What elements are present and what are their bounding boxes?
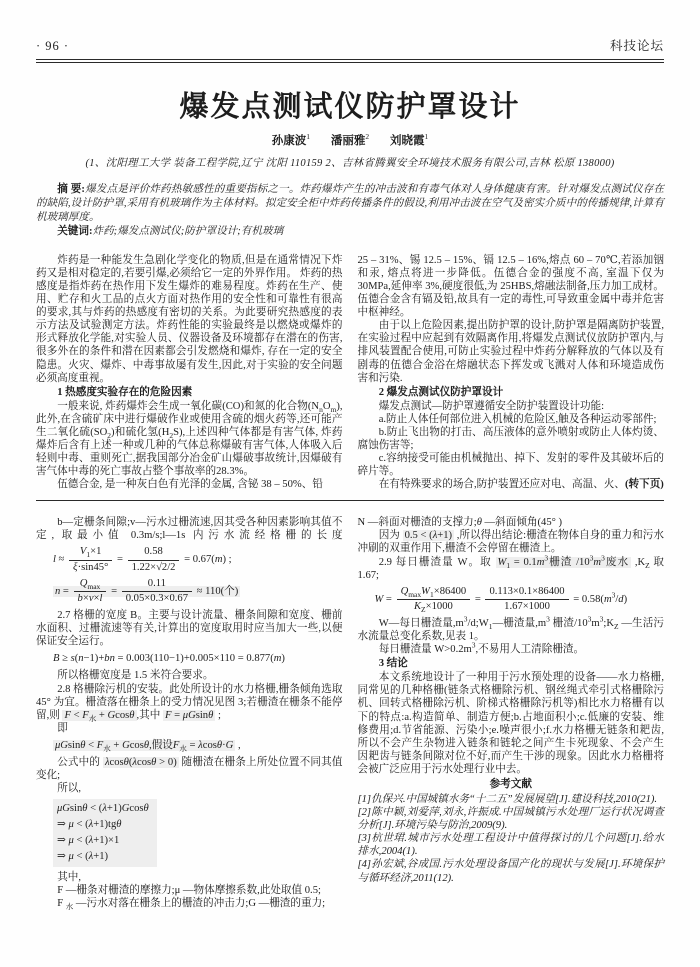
paragraph: 伍德合金, 是一种灰白色有光泽的金属, 含铋 38 – 50%、铅 <box>36 478 343 491</box>
page-number: · 96 · <box>36 39 69 54</box>
list-item: b.防止飞出物的打击、高压液体的意外喷射或防止人体灼烫、腐蚀伤害等; <box>358 426 665 452</box>
forum-label: 科技论坛 <box>610 36 664 54</box>
author-affil-mark: 1 <box>425 132 429 141</box>
formula: μGsinθ < F水 + Gcosθ,假设F水 = λcosθ·G , <box>53 739 343 752</box>
affiliation: (1、沈阳理工大学 装备工程学院,辽宁 沈阳 110159 2、吉林省腾翼安全环… <box>36 155 664 170</box>
references-heading: 参考文献 <box>358 778 665 791</box>
paragraph: F —栅条对栅渣的摩擦力;μ —物体摩擦系数,此处取值 0.5; <box>36 884 343 897</box>
formula-chain: μGsinθ < (λ+1)Gcosθ⇒ μ < (λ+1)tgθ⇒ μ < (… <box>53 799 343 867</box>
author-affil-mark: 1 <box>306 132 310 141</box>
author-name: 孙康波 <box>272 135 307 147</box>
paragraph: 炸药是一种能发生急剧化学变化的物质,但是在通常情况下炸药又是相对稳定的,若要引爆… <box>36 254 343 385</box>
paragraph: 由于以上危险因素,提出防护罩的设计,防护罩是隔离防护装置,在实验过程中应起到有效… <box>358 319 665 384</box>
reference-item: [3]杭世珺.城市污水处理工程设计中值得探讨的几个问题[J].给水排水,2004… <box>358 832 665 858</box>
list-item: c.容纳接受可能由机械抛出、掉下、发射的零件及其破坏后的碎片等。 <box>358 452 665 478</box>
abstract: 摘 要:爆发点是评价炸药热敏感性的重要指标之一。炸药爆炸产生的冲击波和有毒气体对… <box>36 183 664 225</box>
author-name: 潘丽雅 <box>331 135 366 147</box>
author: 刘晓霞1 <box>390 135 428 147</box>
paragraph: 所以格栅宽度是 1.5 米符合要求。 <box>36 669 343 682</box>
paragraph: 本文系统地设计了一种用于污水预处理的设备——水力格栅,同常见的几种格栅(链条式格… <box>358 671 665 776</box>
keywords: 关键词:炸药;爆发点测试仪;防护罩设计;有机玻璃 <box>36 225 664 239</box>
paragraph: 每日栅渣量 W>0.2m3,不易用人工清除栅渣。 <box>358 643 665 656</box>
paragraph: 爆发点测试—防护罩遵循安全防护装置设计功能: <box>358 400 665 413</box>
page-header: · 96 · 科技论坛 <box>36 36 664 54</box>
paragraph: b—定栅条间隙;v—污水过栅流速,因其受各种因素影响其值不定, 取最小值 0.3… <box>36 516 343 542</box>
abstract-label: 摘 要: <box>57 184 85 195</box>
reference-item: [4]孙宏斌,谷成国.污水处理设备国产化的现状与发展[J].环境保护与循环经济,… <box>358 858 665 884</box>
section-heading: 3 结论 <box>358 657 665 670</box>
abstract-text: 爆发点是评价炸药热敏感性的重要指标之一。炸药爆炸产生的冲击波和有毒气体对人身体健… <box>36 184 664 223</box>
continued-left-column: b—定栅条间隙;v—污水过栅流速,因其受各种因素影响其值不定, 取最小值 0.3… <box>36 516 343 910</box>
left-column: 炸药是一种能发生急剧化学变化的物质,但是在通常情况下炸药又是相对稳定的,若要引爆… <box>36 254 343 491</box>
paragraph: 2.8 格栅除污机的安装。此处所设计的水力格栅,栅条倾角选取45° 为宜。栅渣落… <box>36 683 343 722</box>
author-name: 刘晓霞 <box>390 135 425 147</box>
reference-item: [2]陈中颖,刘爱萍,刘永,许振成.中国城镇污水处理厂运行状况调查分析[J].环… <box>358 806 665 832</box>
formula: W = QmaxW1×86400KZ×1000 = 0.113×0.1×8640… <box>374 586 664 613</box>
list-item: a.防止人体任何部位进入机械的危险区,触及各种运动零部件; <box>358 413 665 426</box>
paragraph: N —斜面对栅渣的支撑力;θ —斜面倾角(45° ) <box>358 516 665 529</box>
formula: B ≥ s(n−1)+bn = 0.003(110−1)+0.005×110 =… <box>53 652 343 665</box>
reference-item: [1]仇保兴.中国城镇水务“十二五”发展展望[J].建设科技,2010(21). <box>358 793 665 806</box>
paragraph: 2.7 格栅的宽度 B。主要与设计流量、栅条间隙和宽度、栅前水面积、过栅流速等有… <box>36 609 343 648</box>
article-title: 爆发点测试仪防护罩设计 <box>36 84 664 125</box>
paragraph: 25 – 31%、锡 12.5 – 15%、镉 12.5 – 16%,熔点 60… <box>358 254 665 319</box>
author: 潘丽雅2 <box>331 135 369 147</box>
author-line: 孙康波1 潘丽雅2 刘晓霞1 <box>36 132 664 148</box>
continued-article-body: b—定栅条间隙;v—污水过栅流速,因其受各种因素影响其值不定, 取最小值 0.3… <box>36 516 664 910</box>
paragraph: 所以, <box>36 782 343 795</box>
article-body: 炸药是一种能发生急剧化学变化的物质,但是在通常情况下炸药又是相对稳定的,若要引爆… <box>36 254 664 491</box>
keywords-text: 炸药;爆发点测试仪;防护罩设计;有机玻璃 <box>93 226 284 237</box>
formula: l ≈ V1×1ξ·sin45° = 0.581.22×√2/2 = 0.67(… <box>53 546 343 573</box>
paragraph: 因为 0.5 < (λ+1) ,所以得出结论:栅渣在物体自身的重力和污水冲刷的双… <box>358 529 665 555</box>
paragraph: 一般来说, 炸药爆炸会生成一氧化碳(CO)和氮的化合物(NnOm),此外,在含硫… <box>36 400 343 478</box>
paragraph: 即 <box>36 722 343 735</box>
formula: n = Qmaxb×v×l = 0.110.05×0.3×0.67 ≈ 110(… <box>53 578 343 605</box>
author-affil-mark: 2 <box>365 132 369 141</box>
section-heading: 2 爆发点测试仪防护罩设计 <box>358 386 665 399</box>
paragraph: F 水 —污水对落在栅条上的栅渣的冲击力;G —栅渣的重力; <box>36 897 343 910</box>
paragraph: 在有特殊要求的场合,防护装置还应对电、高温、火、(转下页) <box>358 478 665 491</box>
keywords-label: 关键词: <box>57 226 92 237</box>
paragraph: 2.9 每日栅渣量 W。取 W1 = 0.1m3栅渣 /103m3废水 ,KZ … <box>358 556 665 582</box>
right-column: 25 – 31%、锡 12.5 – 15%、镉 12.5 – 16%,熔点 60… <box>358 254 665 491</box>
journal-page: · 96 · 科技论坛 爆发点测试仪防护罩设计 孙康波1 潘丽雅2 刘晓霞1 (… <box>0 0 700 967</box>
section-heading: 1 热感度实验存在的危险因素 <box>36 386 343 399</box>
paragraph: W—每日栅渣量,m3/d;W1—栅渣量,m3 栅渣/103m3;KZ —生活污水… <box>358 617 665 643</box>
continued-right-column: N —斜面对栅渣的支撑力;θ —斜面倾角(45° )因为 0.5 < (λ+1)… <box>358 516 665 910</box>
paragraph: 其中, <box>36 871 343 884</box>
author: 孙康波1 <box>272 135 310 147</box>
article-divider <box>36 500 664 501</box>
header-rule <box>36 59 664 63</box>
paragraph: 公式中的 λcosθ(λcosθ > 0) 随栅渣在栅条上所处位置不同其值变化; <box>36 756 343 782</box>
